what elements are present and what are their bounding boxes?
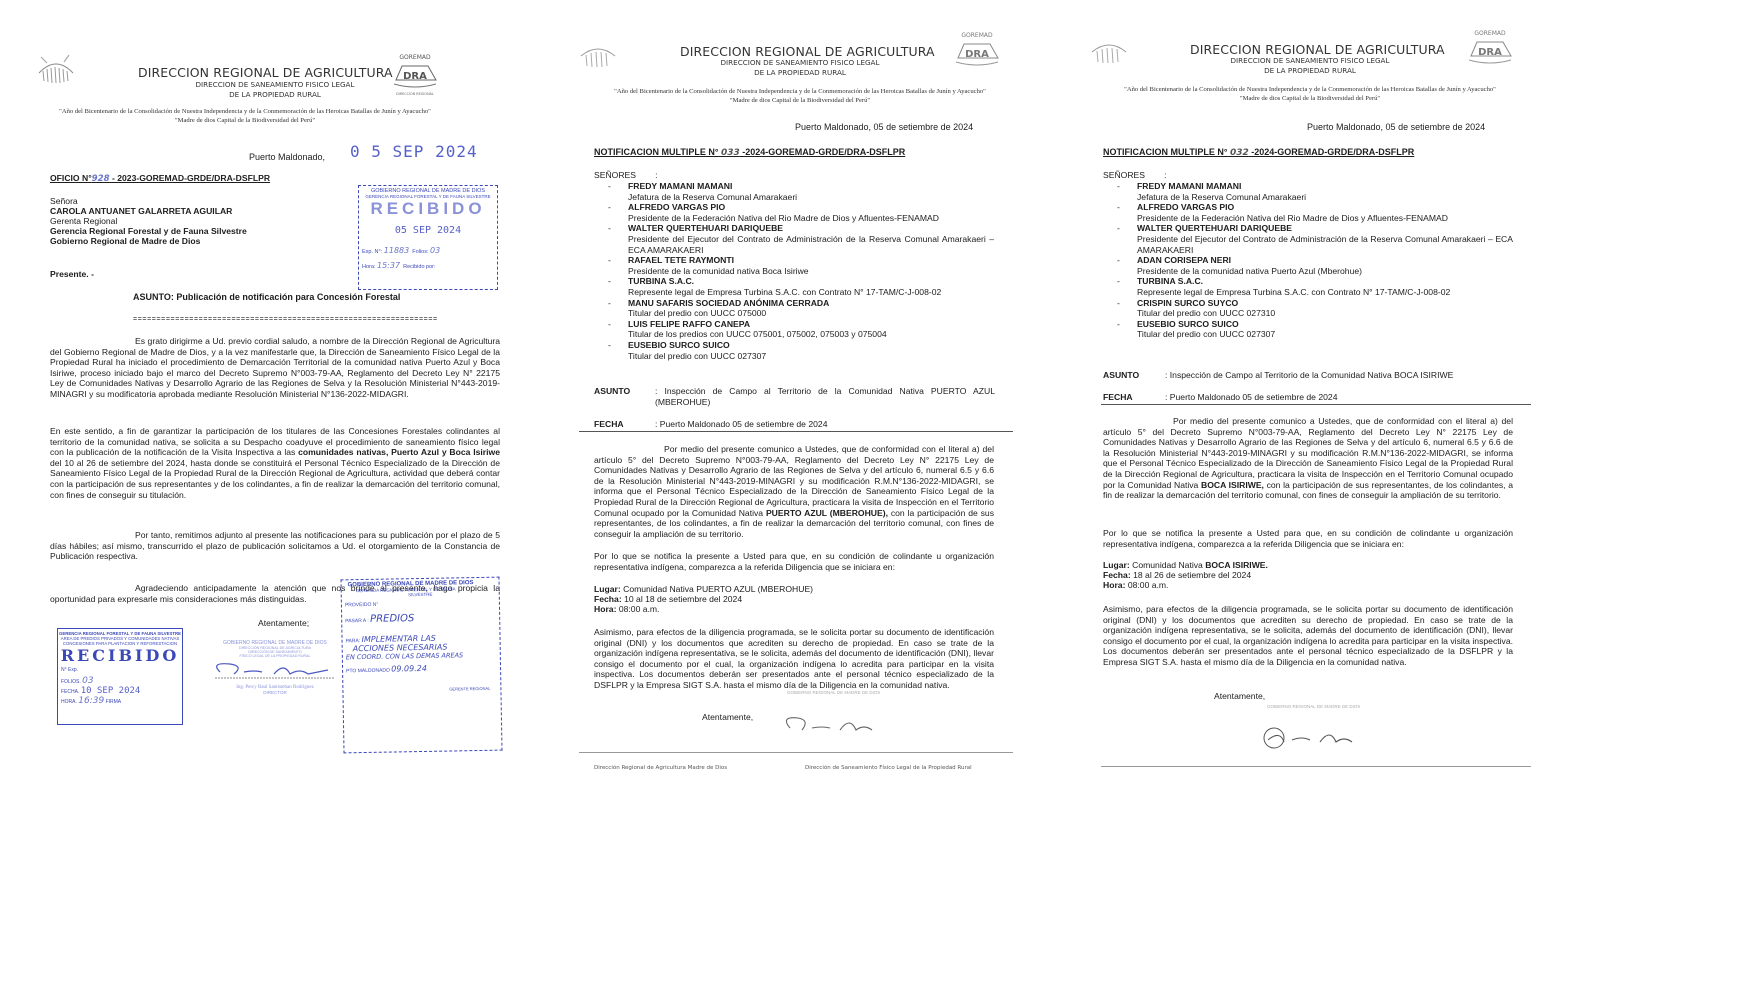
org-subtitle-line1: DIRECCION DE SANEAMIENTO FISICO LEGAL xyxy=(685,58,915,68)
fecha-diligencia-line: Fecha: 18 al 26 de setiembre del 2024 xyxy=(1103,570,1251,581)
fecha-diligencia-label: Fecha: xyxy=(594,594,622,604)
motto-line1: "Año del Bicentenario de la Consolidació… xyxy=(30,108,460,117)
recipient-item: EUSEBIO SURCO SUICOTitular del predio co… xyxy=(1103,319,1513,340)
dra-logo-icon: GOREMAD DRA DIRECCIÓN REGIONAL xyxy=(388,50,442,98)
recipient-role: Presidente del Ejecutor del Contrato de … xyxy=(628,234,994,255)
footer-divider xyxy=(579,752,1013,753)
recipient-name: TURBINA S.A.C. xyxy=(628,276,994,287)
svg-text:GOREMAD: GOREMAD xyxy=(399,54,431,61)
fecha-diligencia-value: 18 al 26 de setiembre del 2024 xyxy=(1131,570,1251,580)
recipient-list: FREDY MAMANI MAMANIJefatura de la Reserv… xyxy=(1103,181,1513,340)
recipient-role: Titular del predio con UUCC 027307 xyxy=(628,351,994,362)
lugar-community: BOCA ISIRIWE. xyxy=(1205,560,1268,570)
footer-left: Dirección Regional de Agricultura Madre … xyxy=(594,765,727,771)
oficio-reference: OFICIO N°928 - 2023-GOREMAD-GRDE/DRA-DSF… xyxy=(50,173,270,185)
body-paragraph-1: Por medio del presente comunico a Ustede… xyxy=(594,444,994,539)
senores-label: SEÑORES : xyxy=(1103,170,1167,181)
ref-suffix: -2024-GOREMAD-GRDE/DRA-DSFLPR xyxy=(740,147,906,157)
recipient-name: TURBINA S.A.C. xyxy=(1137,276,1513,287)
org-title: DIRECCION REGIONAL DE AGRICULTURA xyxy=(680,44,935,59)
stamp-left-exp-label: N° Exp. xyxy=(58,667,182,673)
recipient-item: WALTER QUERTEHUARI DARIQUEBEPresidente d… xyxy=(1103,223,1513,255)
body-paragraph-3: Asimismo, para efectos de la diligencia … xyxy=(1103,604,1513,668)
ref-prefix: NOTIFICACION MULTIPLE N° xyxy=(594,147,718,157)
hora-line: Hora: 08:00 a.m. xyxy=(594,604,659,615)
pasar-value: PREDIOS xyxy=(370,613,414,625)
stamp-left-firma-label: FIRMA xyxy=(106,699,122,705)
hora-value: 08:00 a.m. xyxy=(1125,580,1168,590)
body-paragraph-3: Por tanto, remitimos adjunto al presente… xyxy=(50,530,500,562)
seal-text: GOBIERNO REGIONAL DE MADRE DE DIOS xyxy=(787,688,880,699)
para1-community: BOCA ISIRIWE, xyxy=(1201,480,1264,490)
official-motto: "Año del Bicentenario de la Consolidació… xyxy=(30,108,460,125)
recipient-role: Titular del predio con UUCC 027307 xyxy=(1137,329,1513,340)
recipient-item: RAFAEL TETE RAYMONTIPresidente de la com… xyxy=(594,255,994,276)
stamp-top-date: 05 SEP 2024 xyxy=(359,225,497,236)
org-subtitle-line2: DE LA PROPIEDAD RURAL xyxy=(180,90,370,100)
org-title: DIRECCION REGIONAL DE AGRICULTURA xyxy=(138,65,393,80)
stamp-left-fecha-label: FECHA. xyxy=(61,689,79,695)
org-subtitle-line1: DIRECCION DE SANEAMIENTO FISICO LEGAL xyxy=(180,80,370,90)
recipient-item: TURBINA S.A.C.Represente legal de Empres… xyxy=(1103,276,1513,297)
body-paragraph-2: Por lo que se notifica la presente a Ust… xyxy=(1103,528,1513,549)
hora-label: Hora: xyxy=(1103,580,1125,590)
notification-reference: NOTIFICACION MULTIPLE N° 032 -2024-GOREM… xyxy=(1103,147,1414,159)
stamp-folios-value: 03 xyxy=(430,246,440,255)
para2-text-b: del 10 al 26 de setiembre del 2024, hast… xyxy=(50,458,500,500)
recipient-item: ADAN CORISEPA NERIPresidente de la comun… xyxy=(1103,255,1513,276)
svg-text:DRA: DRA xyxy=(965,49,989,60)
svg-text:DRA: DRA xyxy=(403,71,427,82)
motto-line2: "Madre de dios Capital de la Biodiversid… xyxy=(575,97,1025,106)
svg-text:DIRECCIÓN REGIONAL: DIRECCIÓN REGIONAL xyxy=(396,91,434,96)
recipient-role: Titular del predio con UUCC 027310 xyxy=(1137,308,1513,319)
motto-line1: "Año del Bicentenario de la Consolidació… xyxy=(575,88,1025,97)
stamp-left-fecha-value: 10 SEP 2024 xyxy=(81,686,141,696)
recipient-name: ADAN CORISEPA NERI xyxy=(1137,255,1513,266)
ref-number-handwritten: 032 xyxy=(1230,148,1249,158)
recipient-name: MANU SAFARIS SOCIEDAD ANÓNIMA CERRADA xyxy=(628,298,994,309)
recipient-list: FREDY MAMANI MAMANIJefatura de la Reserv… xyxy=(594,181,994,361)
body-paragraph-1: Es grato dirigirme a Ud. previo cordial … xyxy=(50,336,500,400)
recipient-item: EUSEBIO SURCO SUICOTitular del predio co… xyxy=(594,340,994,361)
recipient-office: Gerencia Regional Forestal y de Fauna Si… xyxy=(50,226,247,237)
recipient-item: TURBINA S.A.C.Represente legal de Empres… xyxy=(594,276,994,297)
stamp-top-word: RECIBIDO xyxy=(359,199,497,219)
org-title: DIRECCION REGIONAL DE AGRICULTURA xyxy=(1190,42,1445,57)
asunto-value: : Inspección de Campo al Territorio de l… xyxy=(1165,370,1453,381)
date-line: Puerto Maldonado, 05 de setiembre de 202… xyxy=(1307,122,1485,133)
ref-suffix: -2024-GOREMAD-GRDE/DRA-DSFLPR xyxy=(1249,147,1415,157)
recipient-role: Represente legal de Empresa Turbina S.A.… xyxy=(1137,287,1513,298)
proveido-label: PROVEIDO N° xyxy=(342,600,499,609)
fecha-value: : Puerto Maldonado 05 de setiembre de 20… xyxy=(1165,392,1337,403)
signature-scribble-icon xyxy=(1260,720,1370,752)
presente-text: Presente. - xyxy=(50,269,94,280)
separator-line: ========================================… xyxy=(133,315,503,326)
org-subtitle-line2: DE LA PROPIEDAD RURAL xyxy=(685,68,915,78)
recipient-item: LUIS FELIPE RAFFO CANEPATitular de los p… xyxy=(594,319,994,340)
recipient-role: Gerenta Regional xyxy=(50,216,117,227)
svg-text:GOREMAD: GOREMAD xyxy=(1474,30,1506,37)
official-motto: "Año del Bicentenario de la Consolidació… xyxy=(575,88,1025,105)
dra-logo-icon: GOREMAD DRA xyxy=(1463,26,1517,74)
org-subtitle: DIRECCION DE SANEAMIENTO FISICO LEGAL DE… xyxy=(685,58,915,78)
org-subtitle: DIRECCION DE SANEAMIENTO FISICO LEGAL DE… xyxy=(180,80,370,100)
hora-value: 08:00 a.m. xyxy=(616,604,659,614)
reception-stamp-top: GOBIERNO REGIONAL DE MADRE DE DIOS GEREN… xyxy=(358,185,498,290)
recipient-role: Titular del predio con UUCC 075000 xyxy=(628,308,994,319)
notification-reference: NOTIFICACION MULTIPLE N° 033 -2024-GOREM… xyxy=(594,147,905,159)
fecha-label: FECHA xyxy=(1103,392,1133,403)
body-paragraph-3: Asimismo, para efectos de la diligencia … xyxy=(594,627,994,691)
recipient-name: LUIS FELIPE RAFFO CANEPA xyxy=(628,319,994,330)
body-paragraph-2: Por lo que se notifica la presente a Ust… xyxy=(594,551,994,572)
recipient-item: CRISPIN SURCO SUYCOTitular del predio co… xyxy=(1103,298,1513,319)
recipient-item: ALFREDO VARGAS PIOPresidente de la Feder… xyxy=(1103,202,1513,223)
asunto-line: ASUNTO: Publicación de notificación para… xyxy=(133,292,400,303)
date-line: Puerto Maldonado, 05 de setiembre de 202… xyxy=(795,122,973,133)
para1-community: PUERTO AZUL (MBEROHUE), xyxy=(766,508,888,518)
motto-line2: "Madre de dios Capital de la Biodiversid… xyxy=(30,117,460,126)
recipient-name: FREDY MAMANI MAMANI xyxy=(1137,181,1513,192)
para1-text-a: Por medio del presente comunico a Ustede… xyxy=(1103,416,1513,490)
fecha-label: FECHA xyxy=(594,419,624,430)
pto-value: 09.09.24 xyxy=(391,664,427,674)
signature-scribble-icon xyxy=(210,658,340,680)
lugar-label: Lugar: xyxy=(1103,560,1130,570)
closing-text: Atentamente, xyxy=(1214,691,1265,702)
pto-label: PTO MALDONADO xyxy=(346,668,390,675)
recipient-item: ALFREDO VARGAS PIOPresidente de la Feder… xyxy=(594,202,994,223)
motto-line1: "Año del Bicentenario de la Consolidació… xyxy=(1085,86,1535,95)
asunto-label: ASUNTO xyxy=(594,386,630,397)
lugar-value: Comunidad Nativa PUERTO AZUL (MBEROHUE) xyxy=(621,584,813,594)
recipient-role: Jefatura de la Reserva Comunal Amarakaer… xyxy=(628,192,994,203)
recipient-item: FREDY MAMANI MAMANIJefatura de la Reserv… xyxy=(594,181,994,202)
org-subtitle-line1: DIRECCION DE SANEAMIENTO FISICO LEGAL xyxy=(1195,56,1425,66)
recipient-name: CRISPIN SURCO SUYCO xyxy=(1137,298,1513,309)
closing-text: Atentamente; xyxy=(258,618,309,629)
fecha-diligencia-label: Fecha: xyxy=(1103,570,1131,580)
fecha-diligencia-line: Fecha: 10 al 18 de setiembre del 2024 xyxy=(594,594,742,605)
recipient-role: Presidente de la comunidad nativa Puerto… xyxy=(1137,266,1513,277)
fecha-diligencia-value: 10 al 18 de setiembre del 2024 xyxy=(622,594,742,604)
recipient-government: Gobierno Regional de Madre de Dios xyxy=(50,236,200,247)
recipient-name: ALFREDO VARGAS PIO xyxy=(628,202,994,213)
provision-sign-caption: GERENTE REGIONAL xyxy=(343,686,500,694)
date-stamp: 0 5 SEP 2024 xyxy=(350,147,478,158)
oficio-document: DIRECCION REGIONAL DE AGRICULTURA DIRECC… xyxy=(0,0,560,800)
senores-label: SEÑORES : xyxy=(594,170,658,181)
recipient-name: ALFREDO VARGAS PIO xyxy=(1137,202,1513,213)
recipient-role: Presidente de la Federación Nativa del R… xyxy=(628,213,994,224)
regional-emblem-icon xyxy=(577,32,619,74)
regional-emblem-icon xyxy=(35,45,77,87)
recipient-name: FREDY MAMANI MAMANI xyxy=(628,181,994,192)
stamp-exp-label: Exp. N°: xyxy=(362,249,382,255)
org-subtitle: DIRECCION DE SANEAMIENTO FISICO LEGAL DE… xyxy=(1195,56,1425,76)
svg-text:DRA: DRA xyxy=(1478,47,1502,58)
closing-text: Atentamente, xyxy=(702,712,753,723)
hora-line: Hora: 08:00 a.m. xyxy=(1103,580,1168,591)
recipient-item: MANU SAFARIS SOCIEDAD ANÓNIMA CERRADATit… xyxy=(594,298,994,319)
recipient-name: WALTER QUERTEHUARI DARIQUEBE xyxy=(628,223,994,234)
header-divider xyxy=(579,431,1013,432)
body-paragraph-2: En este sentido, a fin de garantizar la … xyxy=(50,426,500,500)
stamp-hora-value: 15:37 xyxy=(377,261,400,270)
recipient-role: Jefatura de la Reserva Comunal Amarakaer… xyxy=(1137,192,1513,203)
seal-text: GOBIERNO REGIONAL DE MADRE DE DIOS xyxy=(1267,702,1360,713)
stamp-left-folios-label: FOLIOS. xyxy=(61,679,81,685)
stamp-left-hora-label: HORA. xyxy=(61,699,77,705)
para1-text-a: Por medio del presente comunico a Ustede… xyxy=(594,444,994,518)
notification-033-document: DIRECCION REGIONAL DE AGRICULTURA DIRECC… xyxy=(565,0,1045,800)
director-title: DIRECTOR xyxy=(210,690,340,695)
recipient-item: FREDY MAMANI MAMANIJefatura de la Reserv… xyxy=(1103,181,1513,202)
footer-divider xyxy=(1101,766,1531,767)
recipient-role: Presidente de la Federación Nativa del R… xyxy=(1137,213,1513,224)
stamp-left-hora-value: 16:39 xyxy=(78,696,104,706)
recipient-name: RAFAEL TETE RAYMONTI xyxy=(628,255,994,266)
org-subtitle-line2: DE LA PROPIEDAD RURAL xyxy=(1195,66,1425,76)
lugar-label: Lugar: xyxy=(594,584,621,594)
ref-prefix: NOTIFICACION MULTIPLE N° xyxy=(1103,147,1227,157)
ref-prefix: OFICIO N° xyxy=(50,173,92,183)
pasar-label: PASAR A : xyxy=(345,618,369,624)
para2-communities: comunidades nativas, Puerto Azul y Boca … xyxy=(298,447,500,457)
official-motto: "Año del Bicentenario de la Consolidació… xyxy=(1085,86,1535,103)
recipient-name: EUSEBIO SURCO SUICO xyxy=(628,340,994,351)
recipient-name: WALTER QUERTEHUARI DARIQUEBE xyxy=(1137,223,1513,234)
lugar-line: Lugar: Comunidad Nativa PUERTO AZUL (MBE… xyxy=(594,584,813,595)
provision-stamp-right: GOBIERNO REGIONAL DE MADRE DE DIOS GEREN… xyxy=(340,577,502,754)
recipient-item: WALTER QUERTEHUARI DARIQUEBEPresidente d… xyxy=(594,223,994,255)
recipient-name: CAROLA ANTUANET GALARRETA AGUILAR xyxy=(50,206,232,217)
ref-number-handwritten: 033 xyxy=(721,148,740,158)
recipient-role: Represente legal de Empresa Turbina S.A.… xyxy=(628,287,994,298)
header-divider xyxy=(1101,404,1531,405)
recipient-role: Presidente de la comunidad nativa Boca I… xyxy=(628,266,994,277)
svg-text:GOREMAD: GOREMAD xyxy=(961,32,993,39)
fecha-value: : Puerto Maldonado 05 de setiembre de 20… xyxy=(655,419,827,430)
director-signature-block: GOBIERNO REGIONAL DE MADRE DE DIOS DIREC… xyxy=(210,640,340,695)
recipient-role: Presidente del Ejecutor del Contrato de … xyxy=(1137,234,1513,255)
signature-scribble-icon xyxy=(780,710,890,740)
place-text: Puerto Maldonado, xyxy=(249,152,325,163)
lugar-line: Lugar: Comunidad Nativa BOCA ISIRIWE. xyxy=(1103,560,1268,571)
recipient-role: Titular de los predios con UUCC 075001, … xyxy=(628,329,994,340)
motto-line2: "Madre de dios Capital de la Biodiversid… xyxy=(1085,95,1535,104)
salutation: Señora xyxy=(50,196,78,207)
stamp-recibido-label: Recibido por: xyxy=(403,264,435,270)
body-paragraph-1: Por medio del presente comunico a Ustede… xyxy=(1103,416,1513,501)
stamp-left-folios-value: 03 xyxy=(82,676,93,686)
regional-emblem-icon xyxy=(1088,28,1130,70)
hora-label: Hora: xyxy=(594,604,616,614)
asunto-label: ASUNTO xyxy=(1103,370,1139,381)
lugar-value: Comunidad Nativa xyxy=(1130,560,1205,570)
ref-suffix: - 2023-GOREMAD-GRDE/DRA-DSFLPR xyxy=(110,173,270,183)
reception-stamp-left: GERENCIA REGIONAL FORESTAL Y DE FAUNA SI… xyxy=(57,628,183,725)
stamp-left-word: RECIBIDO xyxy=(58,646,182,665)
stamp-exp-value: 11883 xyxy=(384,246,409,255)
para-value3: EN COORD. CON LAS DEMAS AREAS xyxy=(343,651,500,662)
footer-right: Dirección de Saneamiento Físico Legal de… xyxy=(805,765,972,771)
notification-032-document: DIRECCION REGIONAL DE AGRICULTURA DIRECC… xyxy=(1085,0,1565,800)
recipient-name: EUSEBIO SURCO SUICO xyxy=(1137,319,1513,330)
asunto-value: : Inspección de Campo al Territorio de l… xyxy=(655,386,995,407)
stamp-hora-label: Hora: xyxy=(362,264,375,270)
ref-number-handwritten: 928 xyxy=(92,174,110,184)
dra-logo-icon: GOREMAD DRA xyxy=(950,28,1004,76)
stamp-folios-label: Folios: xyxy=(412,249,428,255)
